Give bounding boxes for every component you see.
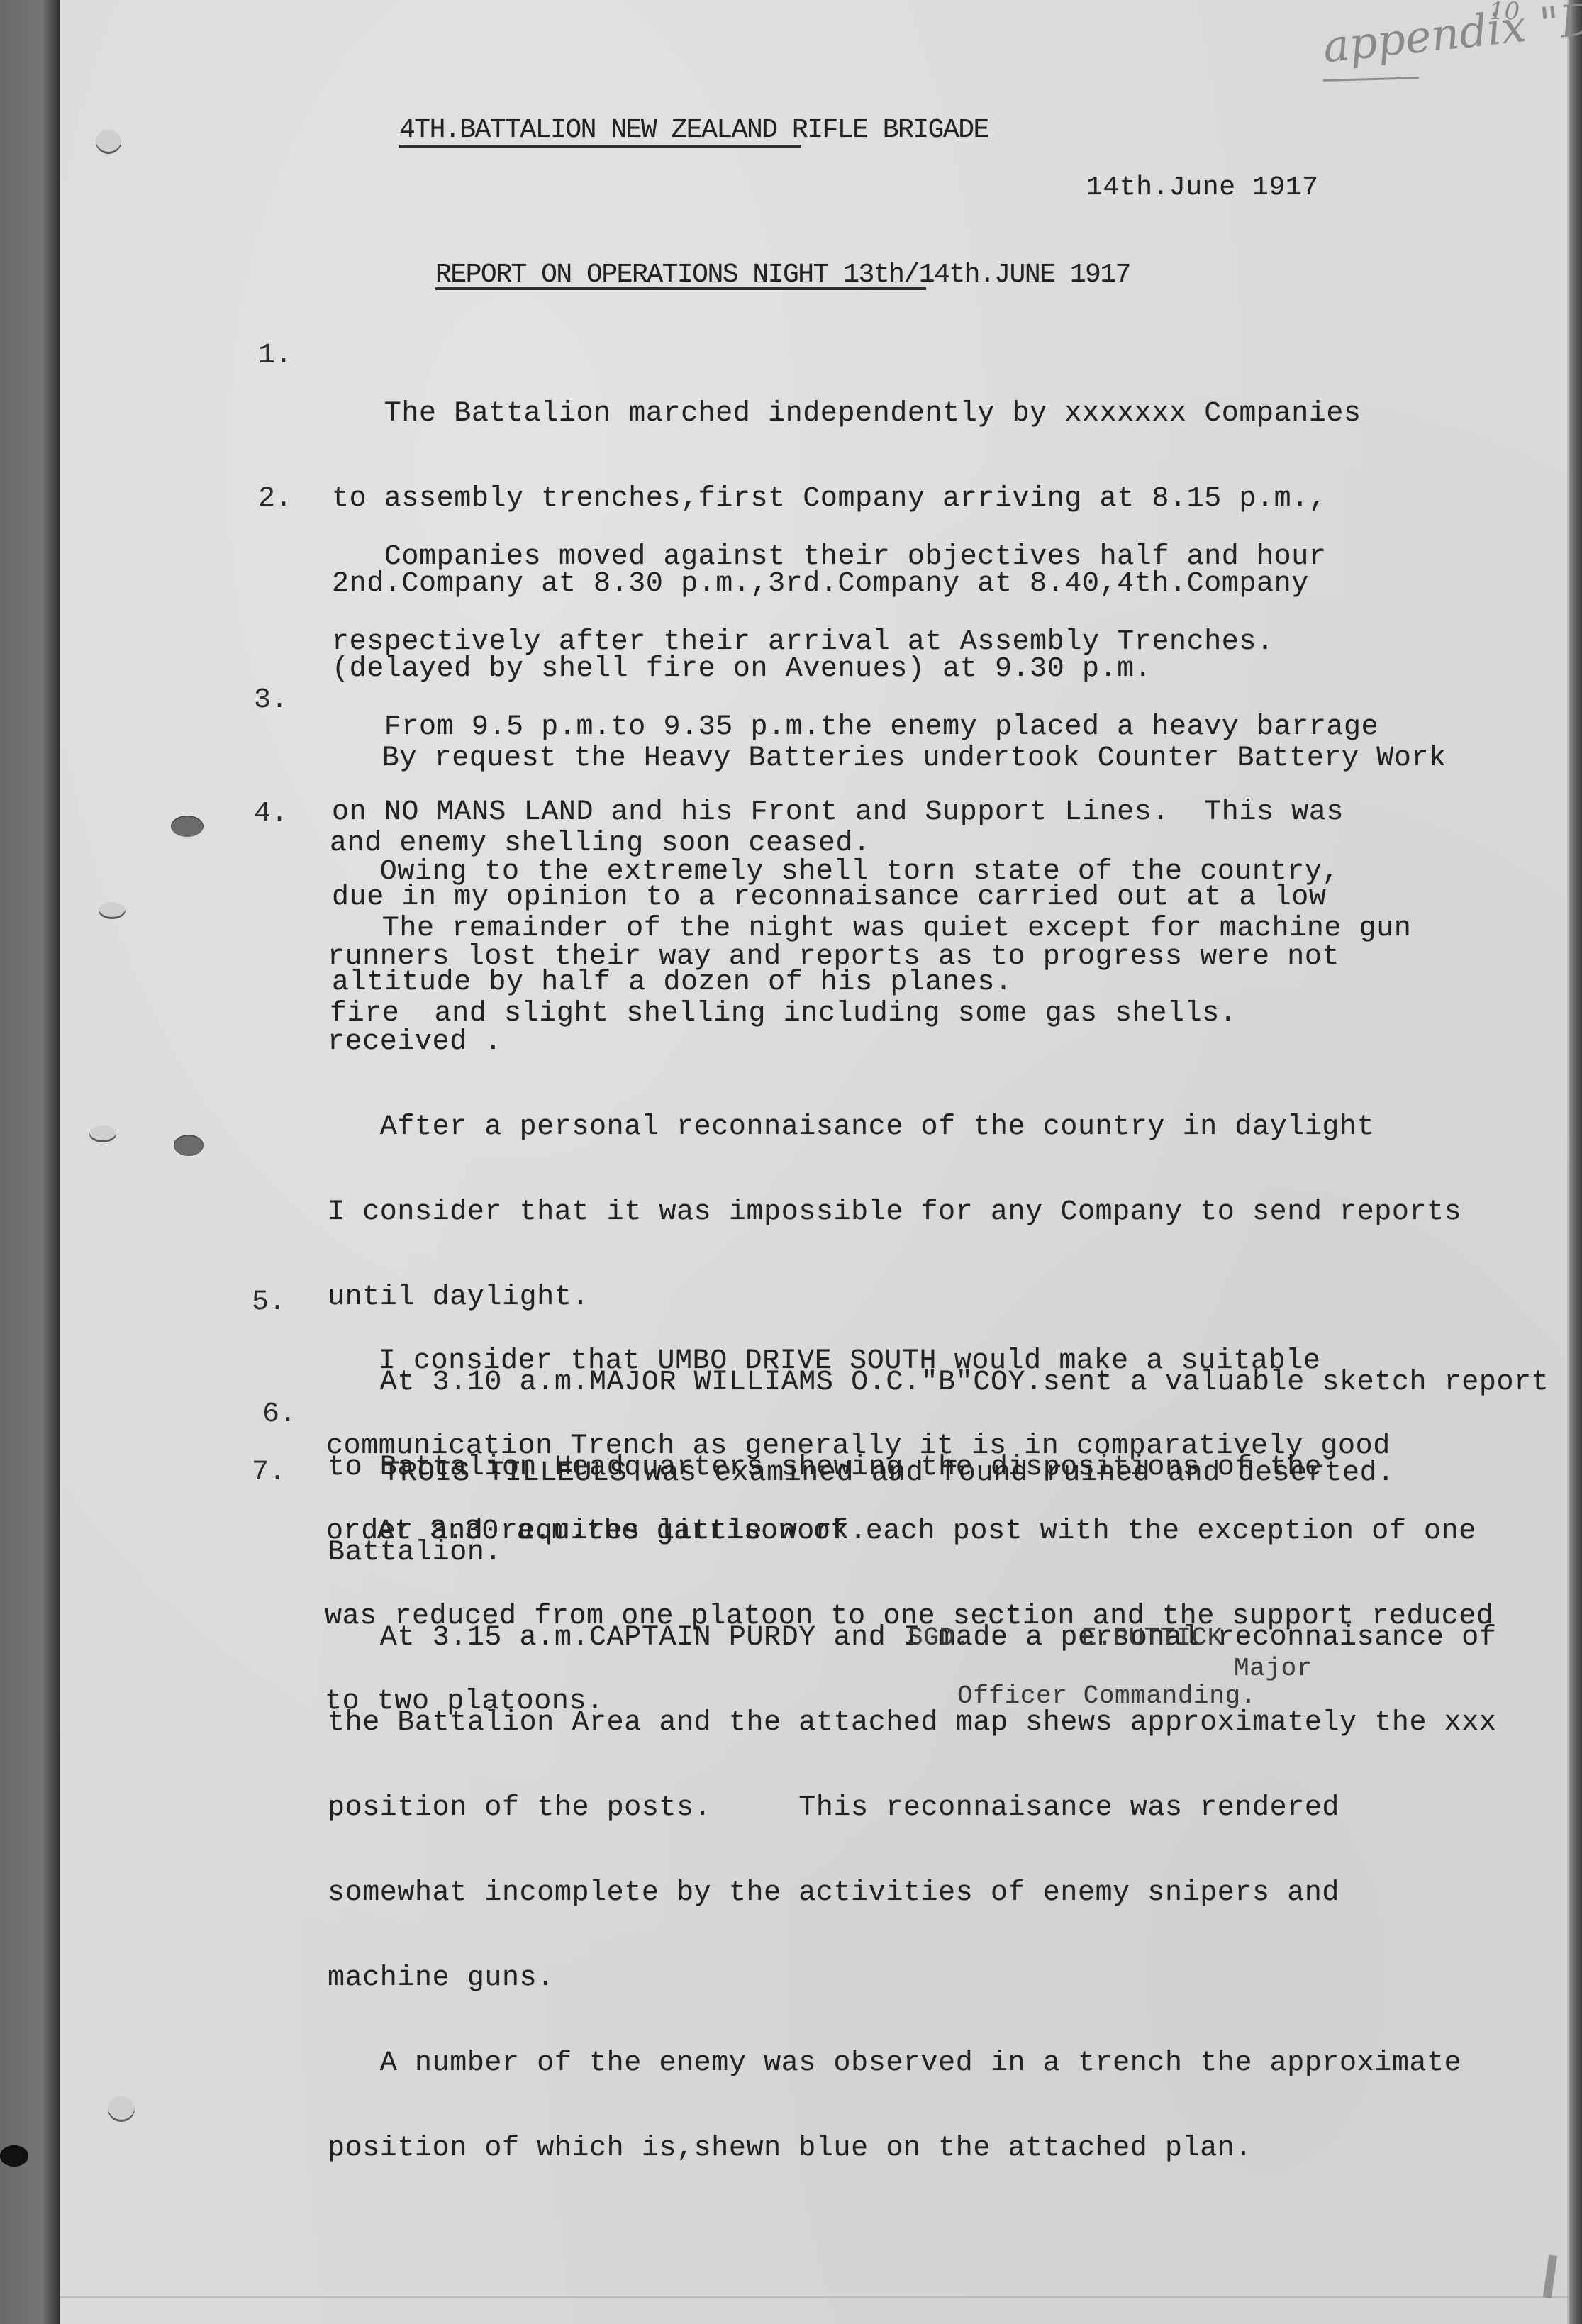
page-bottom-edge bbox=[60, 2296, 1569, 2298]
scan-background-right bbox=[1568, 0, 1582, 2324]
paragraph-line: somewhat incomplete by the activities of… bbox=[328, 1879, 1549, 1908]
report-title: REPORT ON OPERATIONS NIGHT 13th/14th.JUN… bbox=[435, 261, 1130, 289]
signed-label: SGD. bbox=[908, 1624, 971, 1652]
paragraph-line: I consider that it was impossible for an… bbox=[328, 1199, 1549, 1227]
punch-hole-icon bbox=[171, 816, 204, 837]
punch-hole-icon bbox=[0, 2145, 28, 2167]
paragraph-number: 1. bbox=[258, 342, 292, 370]
report-date: 14th.June 1917 bbox=[1086, 174, 1319, 202]
paragraph-line: Companies moved against their objectives… bbox=[332, 543, 1378, 572]
paragraph-line: position of the posts. This reconnaisanc… bbox=[328, 1794, 1549, 1823]
paragraph-number: 2. bbox=[258, 485, 292, 513]
paragraph-line: machine guns. bbox=[328, 1964, 1549, 1993]
paragraph-number: 5. bbox=[252, 1289, 286, 1317]
paragraph-number: 7. bbox=[252, 1459, 286, 1487]
punch-hole-icon bbox=[174, 1135, 204, 1156]
paragraph-line: The Battalion marched independently by x… bbox=[332, 400, 1361, 428]
unit-heading: 4TH.BATTALION NEW ZEALAND RIFLE BRIGADE bbox=[399, 116, 988, 145]
report-title-underline bbox=[435, 287, 926, 290]
punch-hole-icon bbox=[89, 1125, 116, 1142]
signatory-name: E.PUTTICK bbox=[1081, 1624, 1223, 1652]
paragraph-line: runners lost their way and reports as to… bbox=[328, 943, 1549, 972]
paragraph-line: received . bbox=[328, 1028, 1549, 1057]
paragraph-line: I consider that UMBO DRIVE SOUTH would m… bbox=[326, 1347, 1391, 1376]
paragraph-number: 4. bbox=[254, 800, 288, 828]
paragraph-line: By request the Heavy Batteries undertook… bbox=[330, 745, 1447, 773]
paragraph-number: 6. bbox=[262, 1401, 296, 1429]
paragraph-line: At 3.30 a.m.the garrison of each post wi… bbox=[325, 1518, 1493, 1546]
handwritten-superscript: 10 bbox=[1489, 0, 1520, 26]
paragraph-line: position of which is,shewn blue on the a… bbox=[328, 2135, 1549, 2163]
punch-hole-icon bbox=[99, 902, 126, 919]
paragraph-line: After a personal reconnaisance of the co… bbox=[328, 1113, 1549, 1142]
signatory-role: Officer Commanding. bbox=[957, 1682, 1257, 1711]
punch-hole-icon bbox=[96, 130, 121, 154]
signatory-rank: Major bbox=[1234, 1655, 1313, 1683]
punch-hole-icon bbox=[108, 2096, 135, 2122]
paragraph-7: At 3.30 a.m.the garrison of each post wi… bbox=[325, 1461, 1493, 1745]
paragraph-line: Owing to the extremely shell torn state … bbox=[328, 858, 1549, 886]
paragraph-line: to two platoons. bbox=[325, 1688, 1493, 1716]
paragraph-line: A number of the enemy was observed in a … bbox=[328, 2050, 1549, 2078]
paragraph-number: 3. bbox=[254, 686, 288, 715]
scan-background-left bbox=[0, 0, 60, 2324]
paragraph-line: respectively after their arrival at Asse… bbox=[332, 628, 1378, 657]
unit-heading-underline bbox=[399, 145, 801, 148]
